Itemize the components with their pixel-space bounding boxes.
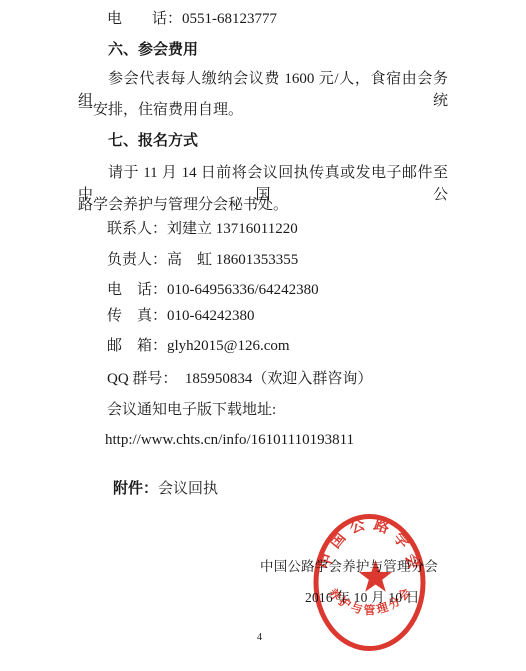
section-6-paragraph-line-2: 一安排，住宿费用自理。 (78, 99, 243, 121)
document-page: 电 话：0551-68123777 六、参会费用 参会代表每人缴纳会议费 160… (0, 0, 526, 671)
seal-bottom-text: 养护与管理分会 (326, 585, 414, 617)
seal-top-text: 中国公路学会 (317, 515, 424, 571)
official-seal: 中国公路学会 养护与管理分会 (309, 510, 430, 656)
attachment-value: 会议回执 (158, 481, 218, 497)
section-7-heading: 七、报名方式 (108, 130, 198, 152)
contact-phone-line: 电 话：010-64956336/64242380 (107, 279, 319, 301)
seal-star-icon (359, 560, 392, 592)
attachment-label: 附件： (113, 481, 158, 497)
contact-phone-hefei-line: 电 话：0551-68123777 (107, 8, 277, 30)
download-url-link[interactable]: http://www.chts.cn/info/16101110193811 (105, 429, 354, 451)
page-number: 4 (257, 627, 262, 649)
section-6-heading: 六、参会费用 (108, 39, 198, 61)
download-notice-label-line: 会议通知电子版下载地址: (107, 399, 276, 421)
contact-email-line: 邮 箱：glyh2015@126.com (107, 335, 290, 357)
contact-person-line: 联系人：刘建立 13716011220 (107, 218, 298, 240)
contact-fax-line: 传 真：010-64242380 (107, 305, 255, 327)
responsible-person-line: 负责人：高 虹 18601353355 (107, 249, 298, 271)
section-7-paragraph-line-2: 路学会养护与管理分会秘书处。 (78, 194, 288, 216)
qq-group-line: QQ 群号： 185950834（欢迎入群咨询） (107, 368, 372, 390)
attachment-line: 附件：会议回执 (98, 456, 218, 522)
